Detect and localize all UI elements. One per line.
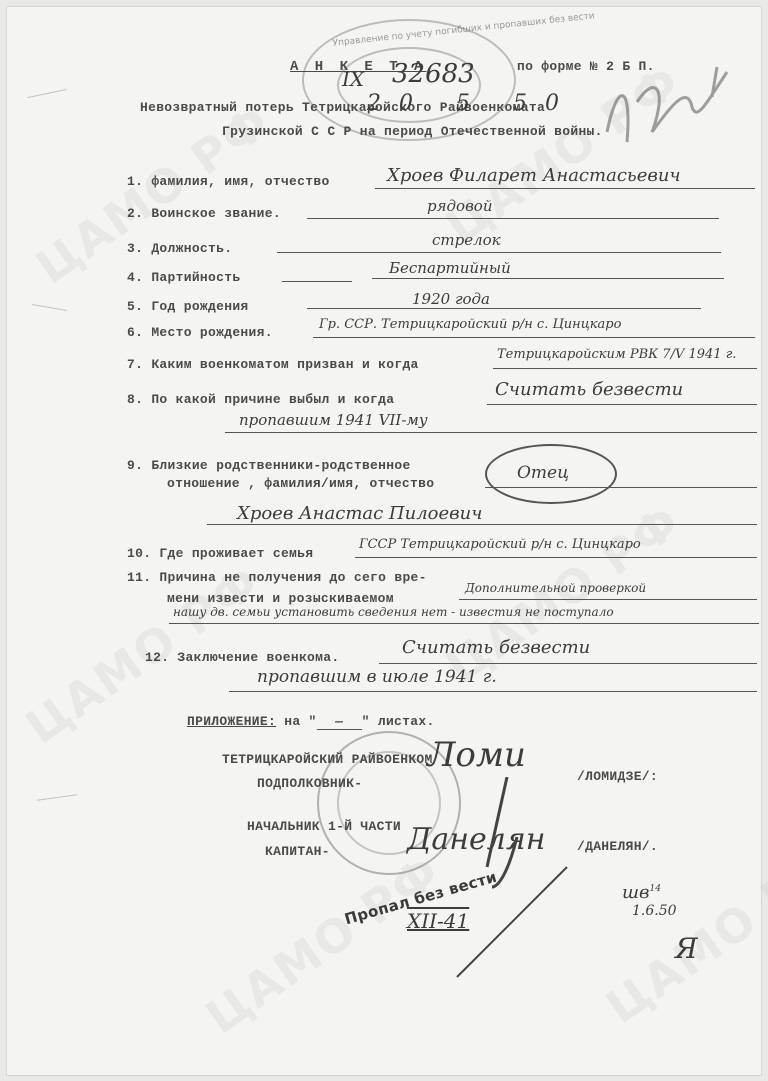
field-9-underline-2 <box>207 524 757 525</box>
note-initial: Я <box>675 932 698 965</box>
field-12-value-line2: пропавшим в июле 1941 г. <box>257 667 497 687</box>
field-11-label: 11. Причина не получения до сего вре- <box>127 570 427 585</box>
stamp-date: 20 5 50 <box>367 91 577 116</box>
appendix-line: ПРИЛОЖЕНИЕ: на "—" листах. <box>187 714 435 730</box>
subtitle-line-2: Грузинской С С Р на период Отечественной… <box>222 124 603 139</box>
signature-1: Ломи <box>427 735 526 775</box>
field-2-value: рядовой <box>427 197 493 215</box>
note-1: шв14 <box>622 882 661 903</box>
field-6-underline <box>313 337 755 338</box>
field-6-value: Гр. ССР. Тетрицкаройский р/н с. Цинцкаро <box>319 317 621 332</box>
field-7-value: Тетрицкаройским РВК 7/V 1941 г. <box>497 347 736 362</box>
field-11-underline-2 <box>169 623 759 624</box>
field-9-label-line2: отношение , фамилия/имя, отчество <box>167 476 434 491</box>
field-2-underline <box>307 218 719 219</box>
appendix-count: — <box>317 714 362 730</box>
stamp-prefix: IX <box>342 67 364 91</box>
field-8-underline <box>487 404 757 405</box>
field-12-underline-2 <box>229 691 757 692</box>
corner-signature-icon <box>597 62 737 152</box>
field-4-underline-b <box>372 278 724 279</box>
signature-role-2b: КАПИТАН- <box>265 844 330 859</box>
document-page: ЦАМО РФ ЦАМО РФ ЦАМО РФ ЦАМО РФ ЦАМО РФ … <box>6 6 762 1076</box>
field-11-value-line2: нашу дв. семьи установить сведения нет -… <box>173 605 614 619</box>
field-12-underline <box>379 663 757 664</box>
paper-crease <box>27 89 66 98</box>
signature-name-1: /ЛОМИДЗЕ/: <box>577 769 658 784</box>
field-11-label-line2: мени извести и розыскиваемом <box>167 591 394 606</box>
field-8-value: Считать безвести <box>495 379 683 400</box>
field-11-value: Дополнительной проверкой <box>465 581 646 595</box>
field-1-value: Хроев Филарет Анастасьевич <box>387 165 681 186</box>
field-9-label: 9. Близкие родственники-родственное <box>127 458 411 473</box>
field-8-value-line2: пропавшим 1941 VII-му <box>239 411 428 429</box>
signature-role-1: ПОДПОЛКОВНИК- <box>257 776 362 791</box>
field-5-value: 1920 года <box>412 290 490 308</box>
paper-crease <box>37 794 77 801</box>
field-4-underline-a <box>282 281 352 282</box>
field-1-underline <box>375 188 755 189</box>
field-5-underline <box>307 308 701 309</box>
field-9-value: Отец <box>517 463 569 483</box>
field-8-label: 8. По какой причине выбыл и когда <box>127 392 394 407</box>
field-12-value: Считать безвести <box>402 637 590 658</box>
field-12-label: 12. Заключение военкома. <box>145 650 339 665</box>
signature-role-2a: НАЧАЛЬНИК 1-Й ЧАСТИ <box>247 819 401 834</box>
field-8-underline-2 <box>225 432 757 433</box>
note-2: 1.6.50 <box>632 903 677 919</box>
field-2-label: 2. Воинское звание. <box>127 206 281 221</box>
appendix-label: ПРИЛОЖЕНИЕ: <box>187 714 276 729</box>
field-10-label: 10. Где проживает семья <box>127 546 313 561</box>
field-3-value: стрелок <box>432 231 501 249</box>
field-1-label: 1. фамилия, имя, отчество <box>127 174 330 189</box>
signature-name-2: /ДАНЕЛЯН/. <box>577 839 658 854</box>
field-9-underline <box>485 487 757 488</box>
field-5-label: 5. Год рождения <box>127 299 249 314</box>
field-6-label: 6. Место рождения. <box>127 325 273 340</box>
field-7-underline <box>493 368 757 369</box>
field-10-value: ГССР Тетрицкаройский р/н с. Цинцкаро <box>359 537 641 552</box>
field-4-label: 4. Партийность <box>127 270 240 285</box>
field-4-value: Беспартийный <box>389 259 511 277</box>
missing-date: XII-41 <box>407 909 469 933</box>
signature-org: ТЕТРИЦКАРОЙСКИЙ РАЙВОЕНКОМ <box>222 752 433 767</box>
field-10-underline <box>355 557 757 558</box>
field-9-value-line2: Хроев Анастас Пилоевич <box>237 503 482 524</box>
field-3-label: 3. Должность. <box>127 241 232 256</box>
field-3-underline <box>277 252 721 253</box>
stamp-archive-number: 32683 <box>392 59 475 89</box>
paper-crease <box>32 304 67 311</box>
field-7-label: 7. Каким военкоматом призван и когда <box>127 357 419 372</box>
field-11-underline <box>459 599 757 600</box>
watermark: ЦАМО РФ <box>196 844 450 1045</box>
